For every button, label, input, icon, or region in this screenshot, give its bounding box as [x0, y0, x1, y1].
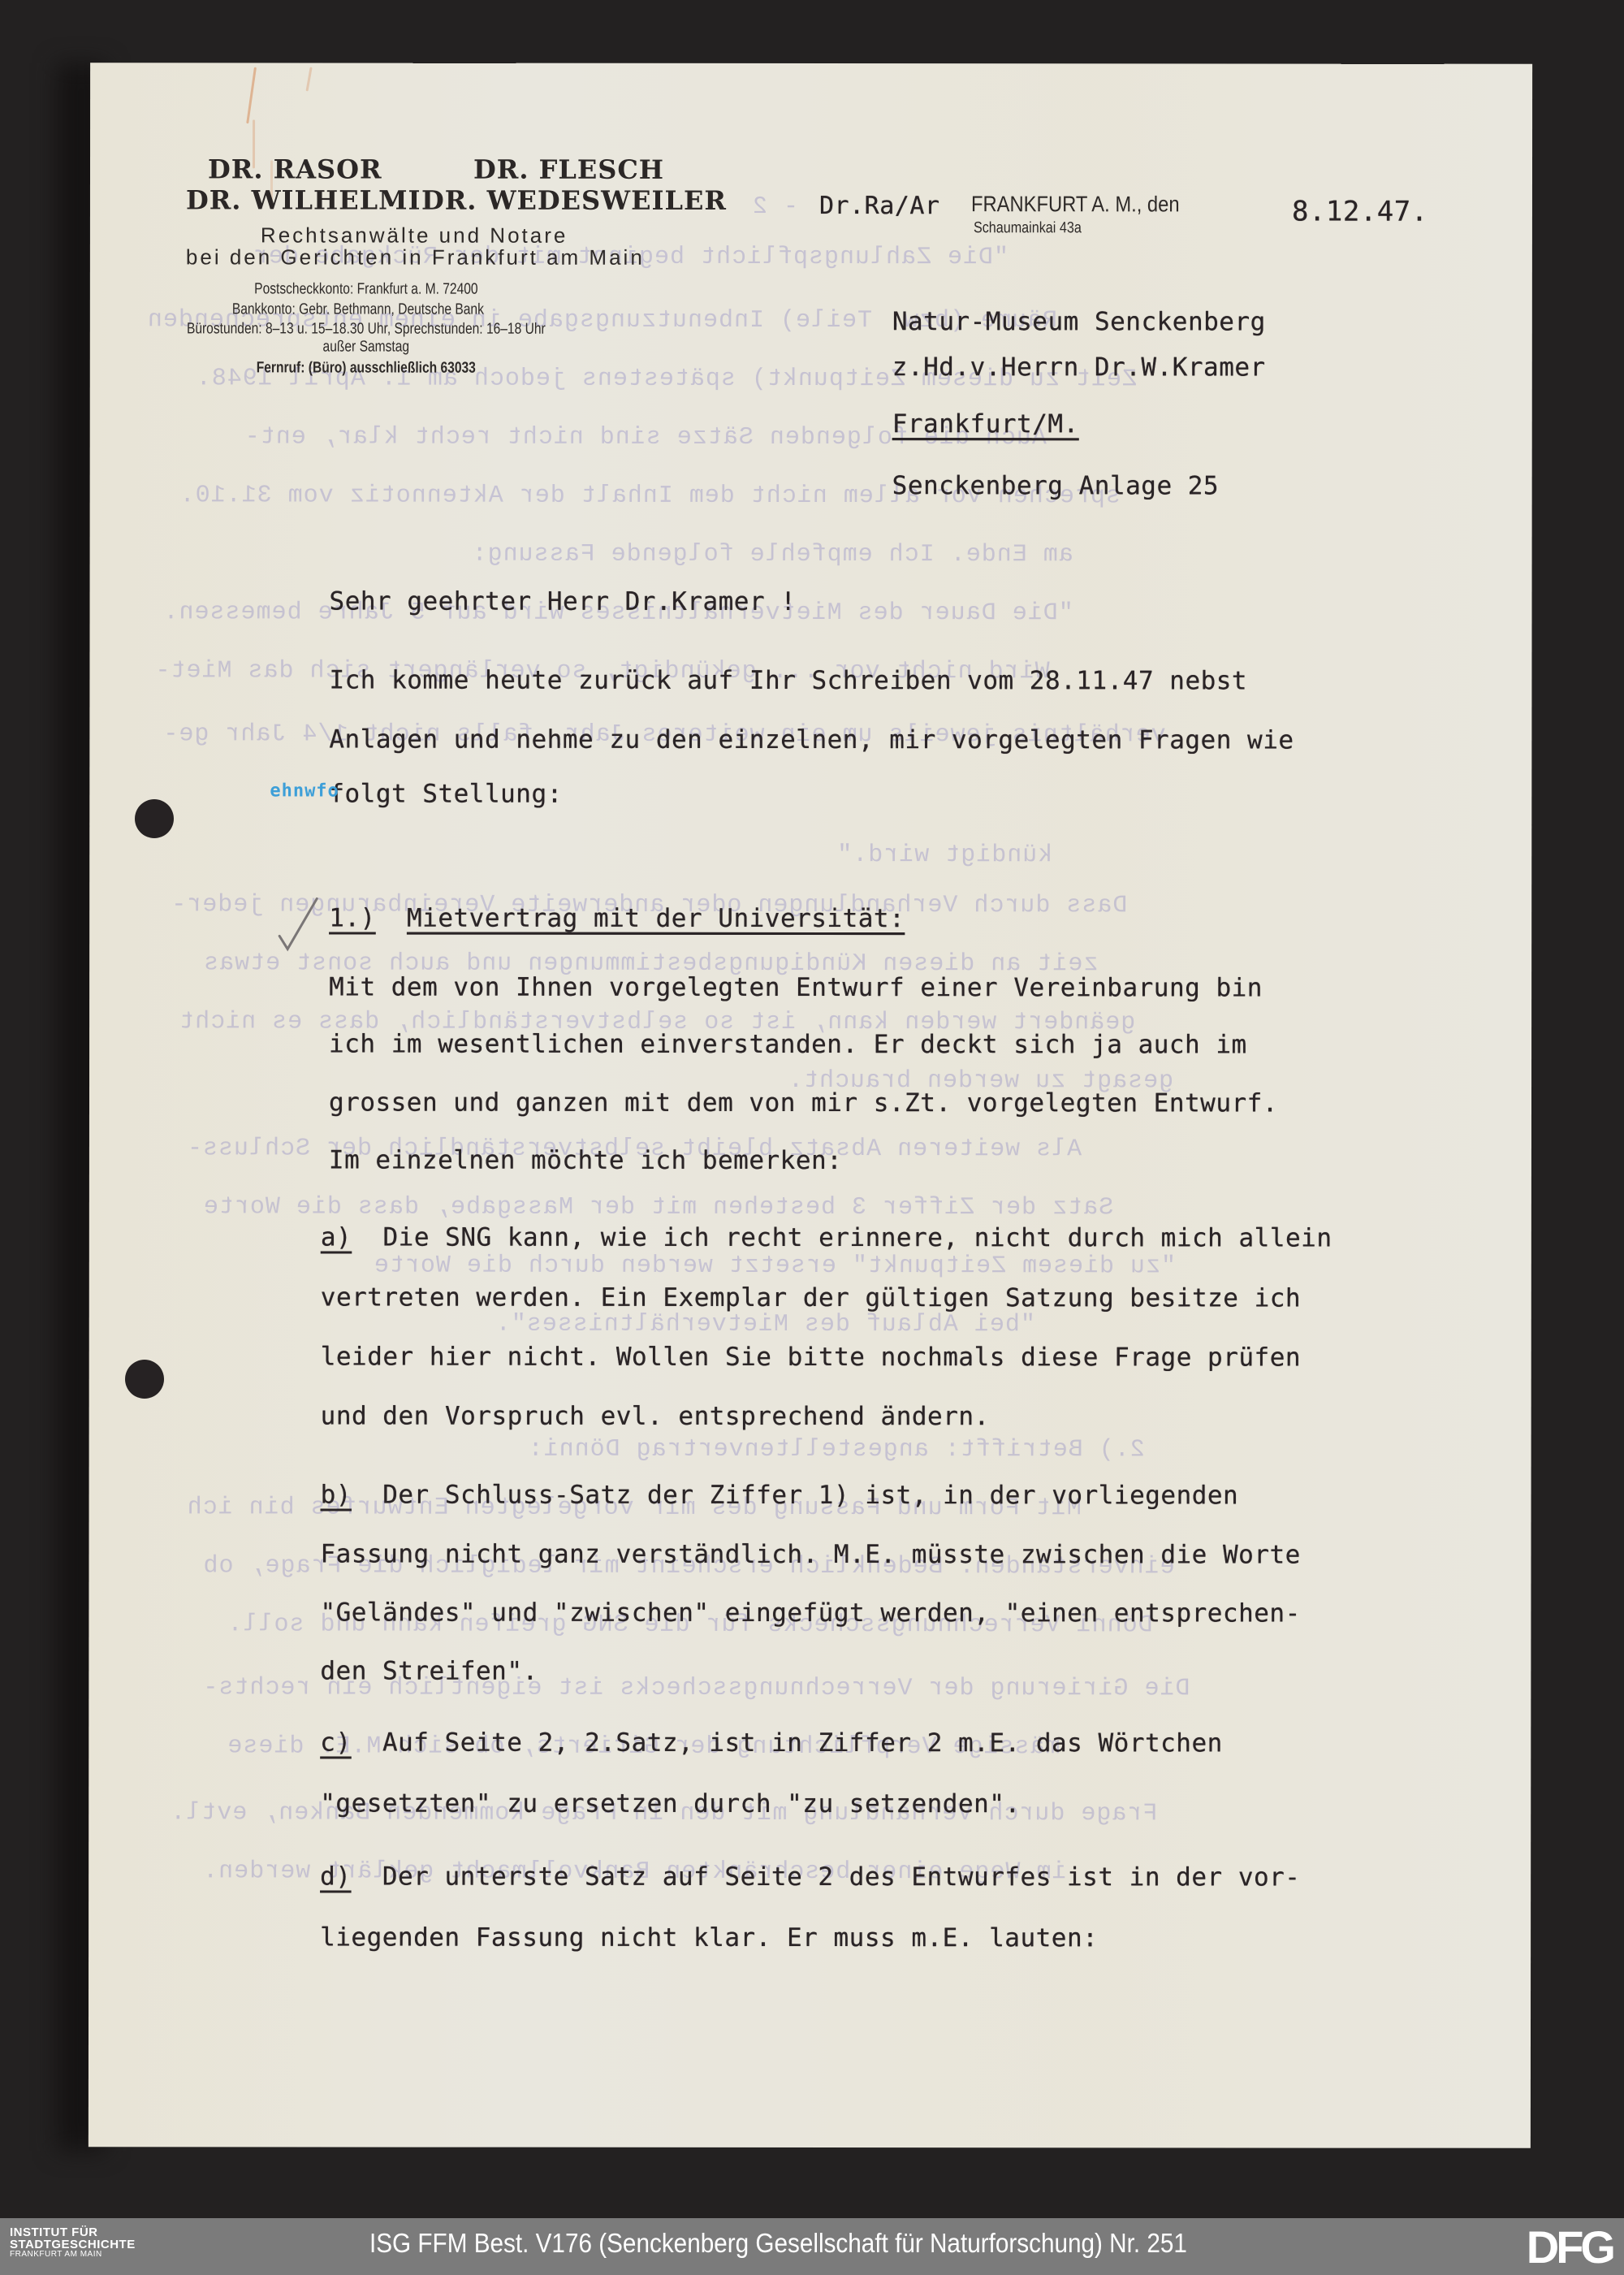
letter-page: "Die Zahlungspflicht beginnt mit der Rüc… — [89, 63, 1532, 2148]
institute-location: FRANKFURT AM MAIN — [10, 2251, 136, 2259]
reference-initials: Dr.Ra/Ar — [819, 192, 940, 220]
item-line: Fassung nicht ganz verständlich. M.E. mü… — [321, 1539, 1301, 1569]
item-label: a) — [321, 1222, 352, 1252]
dfg-logo: DFG — [1527, 2223, 1613, 2272]
show-through-layer: "Die Zahlungspflicht beginnt mit der Rüc… — [90, 63, 1532, 64]
phone-line: Fernruf: (Büro) ausschließlich 63033 — [233, 359, 499, 377]
item-line: Auf Seite 2, 2.Satz, ist in Ziffer 2 m.E… — [382, 1728, 1223, 1758]
item-line: den Streifen". — [320, 1656, 538, 1685]
item-c: c) Auf Seite 2, 2.Satz, ist in Ziffer 2 … — [320, 1728, 1223, 1758]
body-line: folgt Stellung: — [329, 779, 563, 808]
institute-logo: INSTITUT FÜR STADTGESCHICHTE FRANKFURT A… — [10, 2226, 136, 2259]
section-number: 1.) — [329, 903, 376, 932]
punch-hole — [125, 1360, 164, 1399]
item-line: leider hier nicht. Wollen Sie bitte noch… — [321, 1342, 1301, 1372]
letterhead: DR. RASOR DR. WILHELMI DR. FLESCH DR. WE… — [90, 63, 1532, 64]
letter-date: 8.12.47. — [1292, 196, 1428, 228]
city-line: FRANKFURT A. M., den — [971, 192, 1180, 217]
show-through-line: "zu diesem Zeitpunkt" ersetzt werden dur… — [374, 1252, 1176, 1281]
body-line: Mit dem von Ihnen vorgelegten Entwurf ei… — [329, 972, 1263, 1002]
postscheck-line: Postscheckkonto: Frankfurt a. M. 72400 — [253, 280, 479, 298]
body-line: grossen und ganzen mit dem von mir s.Zt.… — [329, 1088, 1278, 1118]
office-hours-line: Bürostunden: 8–13 u. 15–18.30 Uhr, Sprec… — [153, 320, 579, 338]
item-line: und den Vorspruch evl. entsprechend ände… — [321, 1401, 990, 1431]
office-hours-note: außer Samstag — [273, 338, 460, 356]
show-through-line: am Ende. Ich empfehle folgende Fassung: — [472, 541, 1073, 569]
show-through-line: 2.) Betrifft: angestelltenvertrag Dönni: — [528, 1436, 1145, 1464]
recipient-address: Natur-Museum Senckenberg z.Hd.v.Herrn Dr… — [90, 63, 1532, 64]
show-through-line: "bei Ablauf des Mietverhältnisses". — [495, 1311, 1035, 1339]
punch-hole — [135, 799, 174, 838]
street-line: Schaumainkai 43a — [974, 219, 1082, 237]
recipient-line: z.Hd.v.Herrn Dr.W.Kramer — [892, 352, 1266, 382]
recipient-street: Senckenberg Anlage 25 — [892, 471, 1219, 500]
item-line: "gesetzten" zu ersetzen durch "zu setzen… — [320, 1788, 1020, 1819]
rust-stain — [306, 67, 313, 91]
court-line: bei den Gerichten in Frankfurt am Main — [186, 244, 645, 270]
show-through-line: kündigt wird." — [836, 841, 1052, 869]
archive-caption: ISG FFM Best. V176 (Senckenberg Gesellsc… — [369, 2228, 1187, 2259]
item-line: Die SNG kann, wie ich recht erinnere, ni… — [382, 1223, 1332, 1253]
blue-handwritten-note: ehnwfo — [270, 781, 339, 801]
item-line: Der unterste Satz auf Seite 2 des Entwur… — [382, 1862, 1301, 1892]
section-title: Mietvertrag mit der Universität: — [407, 904, 905, 934]
item-line: liegenden Fassung nicht klar. Er muss m.… — [320, 1923, 1098, 1953]
letter-body: Sehr geehrter Herr Dr.Kramer ! Ich komme… — [90, 63, 1532, 64]
body-line: ich im wesentlichen einverstanden. Er de… — [329, 1029, 1247, 1059]
item-line: vertreten werden. Ein Exemplar der gülti… — [321, 1282, 1301, 1313]
item-line: "Geländes" und "zwischen" eingefügt werd… — [320, 1598, 1300, 1628]
item-label: c) — [320, 1728, 351, 1757]
body-line: Ich komme heute zurück auf Ihr Schreiben… — [329, 665, 1247, 695]
recipient-line: Natur-Museum Senckenberg — [892, 307, 1266, 336]
body-line: Im einzelnen möchte ich bemerken: — [329, 1145, 842, 1175]
partner-name: DR. RASOR — [208, 154, 382, 184]
body-line: Anlagen und nehme zu den einzelnen, mir … — [329, 724, 1294, 755]
recipient-city: Frankfurt/M. — [892, 409, 1079, 439]
item-d: d) Der unterste Satz auf Seite 2 des Ent… — [320, 1862, 1300, 1892]
partner-name: DR. WILHELMI — [186, 184, 421, 215]
rust-stain — [246, 67, 257, 124]
item-a: a) Die SNG kann, wie ich recht erinnere,… — [321, 1222, 1332, 1252]
salutation: Sehr geehrter Herr Dr.Kramer ! — [330, 586, 797, 616]
institute-name-line: INSTITUT FÜR — [10, 2226, 136, 2238]
bank-line: Bankkonto: Gebr. Bethmann, Deutsche Bank — [225, 301, 491, 318]
checkmark-icon — [276, 895, 325, 952]
show-through-line: Satz der Ziffer 3 bestehen mit der Massg… — [203, 1193, 1113, 1222]
item-label: d) — [320, 1862, 351, 1891]
item-b: b) Der Schluss-Satz der Ziffer 1) ist, i… — [321, 1480, 1239, 1510]
section-heading: 1.) Mietvertrag mit der Universität: — [329, 903, 905, 933]
partner-name: DR. FLESCH — [473, 154, 664, 185]
page-marker: - 2 — [752, 193, 798, 221]
item-label: b) — [321, 1480, 352, 1509]
archive-footer: INSTITUT FÜR STADTGESCHICHTE FRANKFURT A… — [0, 2218, 1624, 2275]
institute-name-line: STADTGESCHICHTE — [10, 2238, 136, 2251]
partner-name: DR. WEDESWEILER — [421, 185, 727, 216]
item-line: Der Schluss-Satz der Ziffer 1) ist, in d… — [382, 1481, 1238, 1511]
